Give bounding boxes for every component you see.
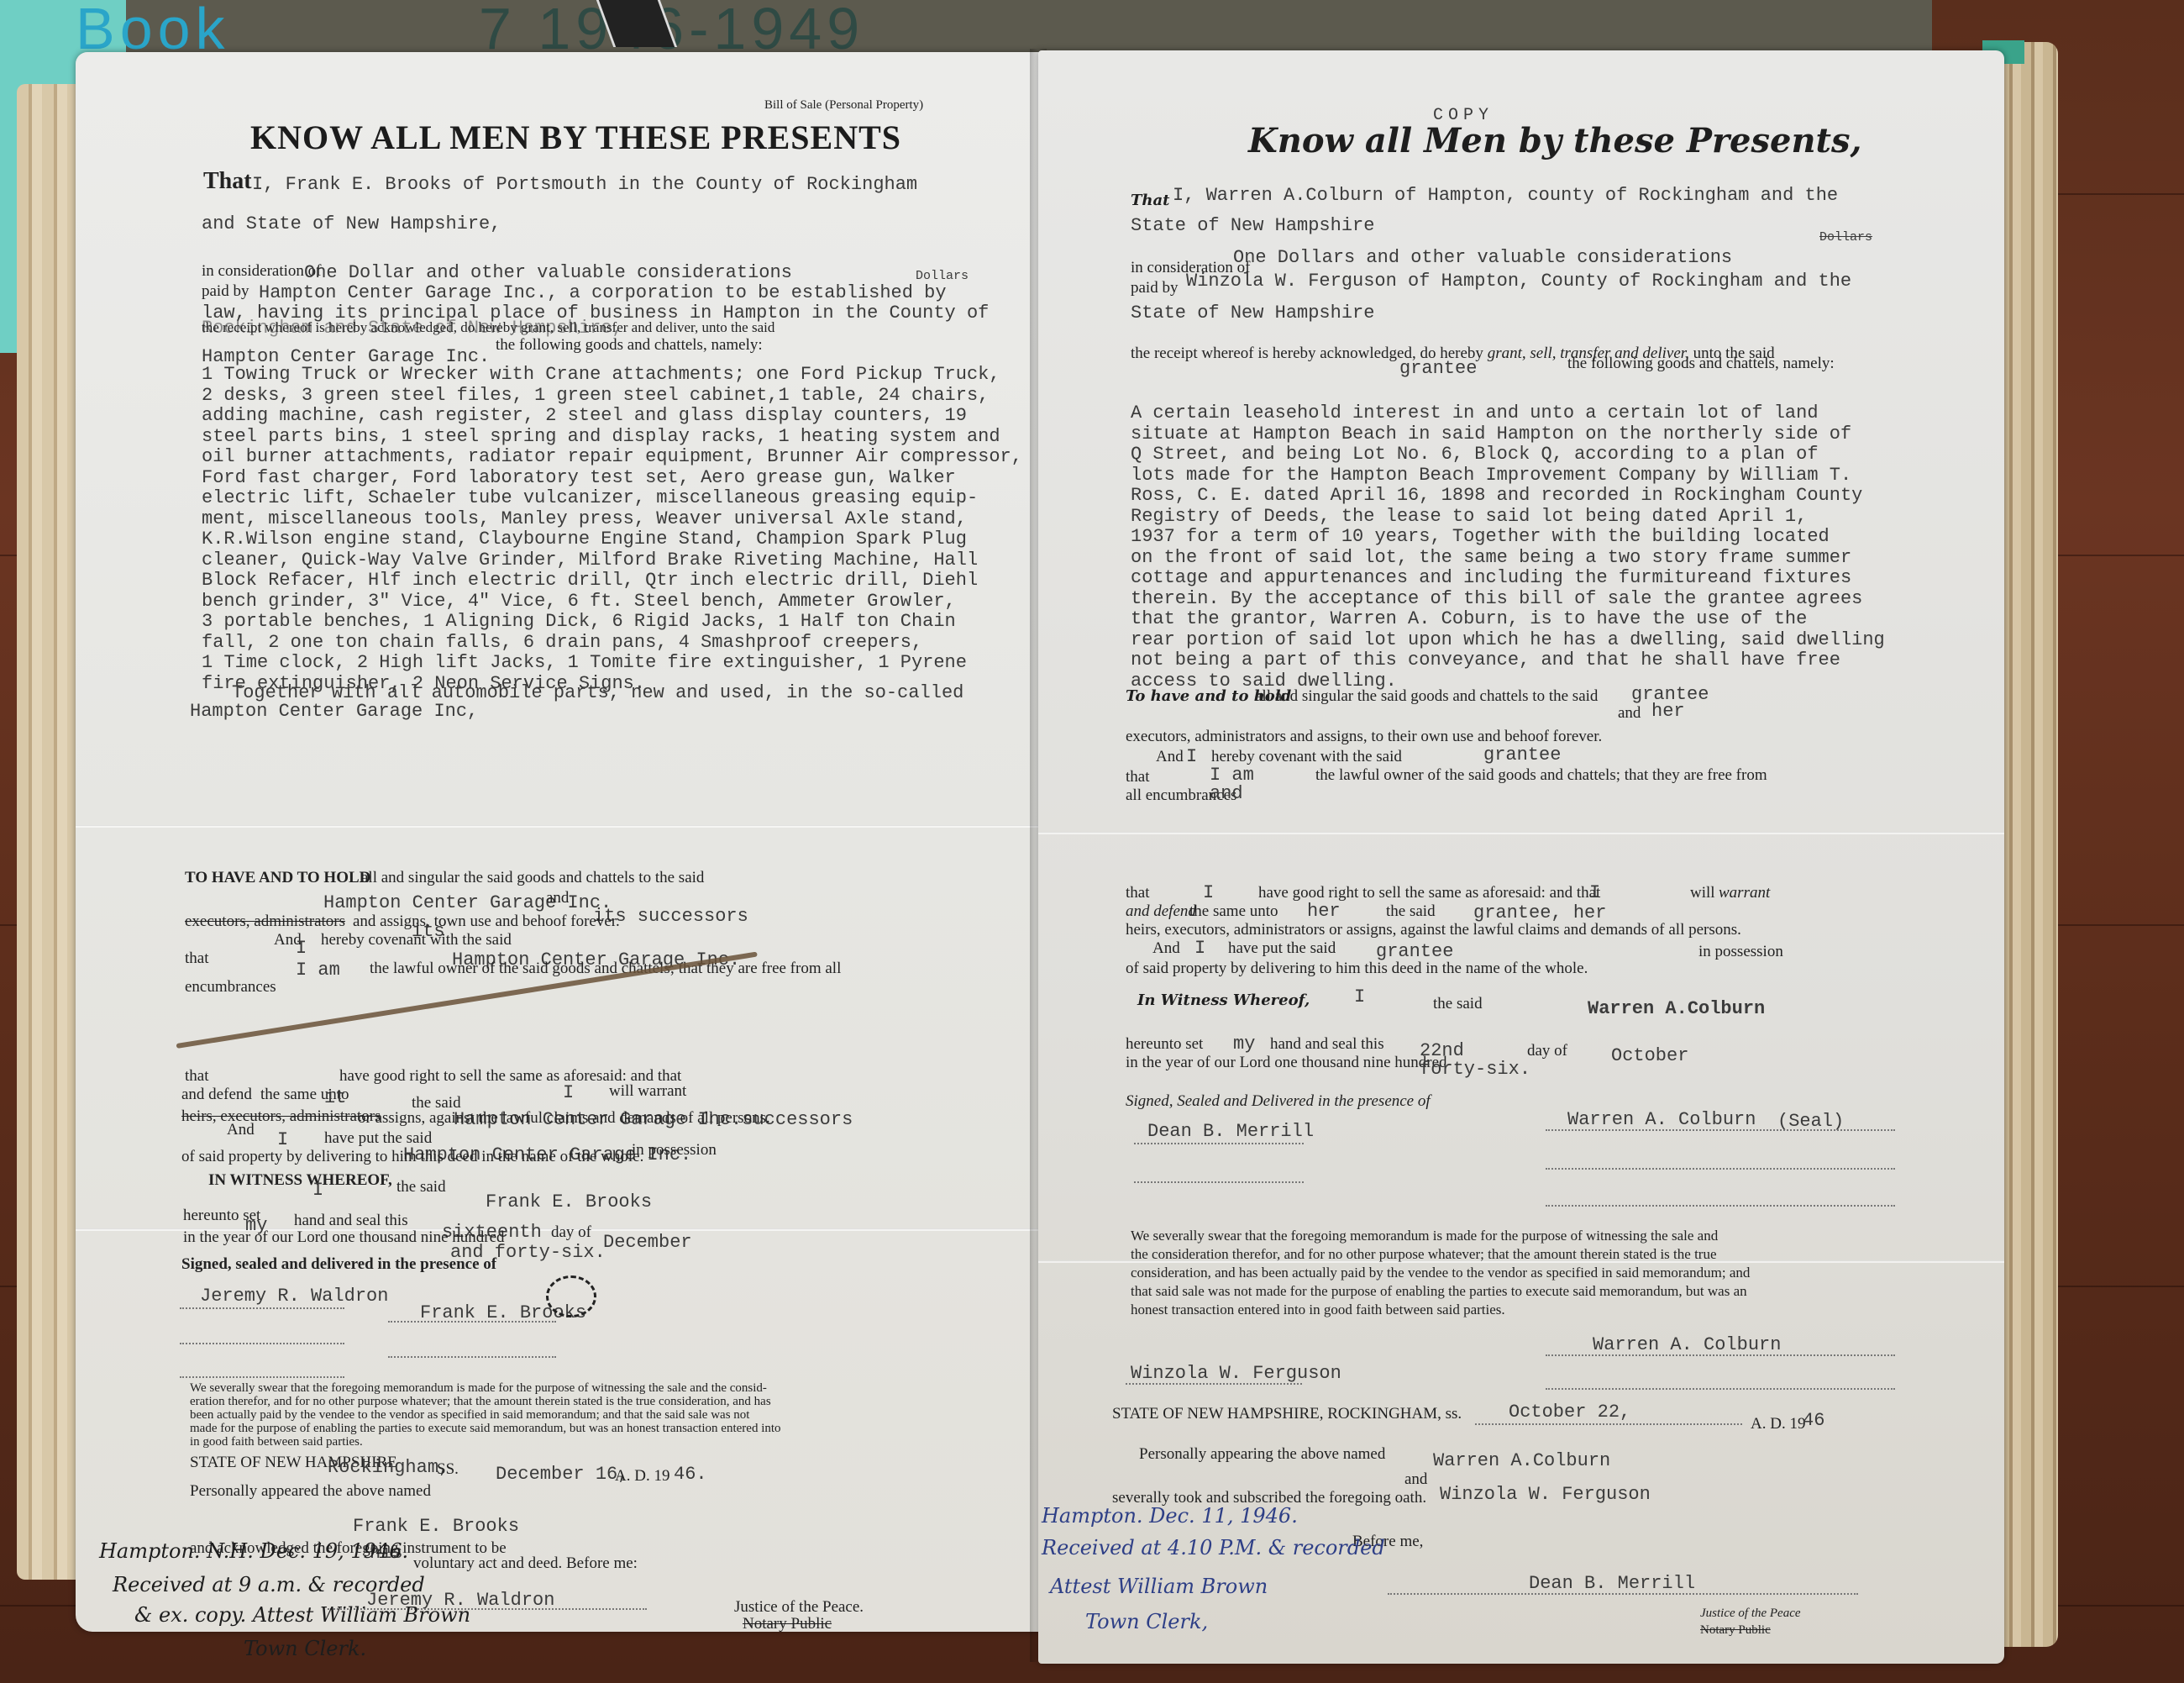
signature-line	[1388, 1593, 1858, 1595]
ack-date: October 22,	[1509, 1402, 1630, 1423]
that-label-2: that	[1126, 884, 1150, 902]
day-of-label: day of	[1527, 1042, 1567, 1060]
left-page-bill-of-sale: Bill of Sale (Personal Property) KNOW AL…	[76, 52, 1042, 1632]
signature-line	[1546, 1205, 1895, 1207]
signature-line	[388, 1321, 556, 1323]
covenant-text: hereby covenant with the said	[321, 931, 512, 949]
goods-text: A certain leasehold interest in and unto…	[1131, 403, 1885, 692]
habendum-text: all and singular the said goods and chat…	[1255, 687, 1598, 706]
witness-signature: Jeremy R. Waldron	[200, 1286, 388, 1307]
ack-county: Rockingham,	[328, 1457, 449, 1478]
grantor-line-1: I, Warren A.Colburn of Hampton, county o…	[1173, 185, 1838, 206]
owner-text: the lawful owner of the said goods and c…	[1315, 766, 1767, 785]
ack-and-label: and	[1404, 1470, 1427, 1489]
recording-note-line: Town Clerk,	[1085, 1610, 1208, 1633]
recording-note-line: Received at 9 a.m. & recorded	[113, 1573, 425, 1596]
grantor-line-2: and State of New Hampshire,	[202, 213, 501, 234]
ack-state: STATE OF NEW HAMPSHIRE, ROCKINGHAM, ss.	[1112, 1405, 1462, 1423]
officer-title: Justice of the Peace.	[734, 1598, 864, 1617]
hand-seal-text: hand and seal this	[1270, 1035, 1384, 1054]
ack-name: Frank E. Brooks	[353, 1516, 519, 1537]
ack-date: December 16,	[496, 1464, 628, 1485]
goods-label: the following goods and chattels, namely…	[496, 336, 763, 355]
and-label-3: And	[1152, 939, 1180, 958]
signature-line	[1546, 1388, 1895, 1390]
signature-line	[1134, 1181, 1304, 1183]
recording-note-line: Hampton. Dec. 11, 1946.	[1042, 1504, 1298, 1528]
put-text: have put the said	[1228, 939, 1336, 958]
delivery-text: of said property by delivering to him th…	[1126, 960, 1588, 978]
right-page-bill-of-sale: COPY Know all Men by these Presents, Tha…	[1038, 50, 2004, 1664]
signature-line	[1126, 1383, 1302, 1385]
witness-title: IN WITNESS WHEREOF,	[208, 1171, 392, 1190]
grantor-line-2: State of New Hampshire	[1131, 215, 1374, 236]
year-text: in the year of our Lord one thousand nin…	[1126, 1054, 1447, 1072]
signature-line	[180, 1307, 344, 1309]
that-label: that	[1126, 768, 1150, 786]
warrant-label: warrant	[1719, 884, 1770, 902]
recording-note-line: Town Clerk.	[244, 1637, 366, 1660]
possession-label: in possession	[632, 1141, 717, 1160]
warrantor: I	[563, 1082, 574, 1103]
ack-ss: SS.	[437, 1460, 459, 1479]
page-stack-right	[1999, 42, 2058, 1647]
dollars-struck: Dollars	[1819, 230, 1872, 245]
and-typed: and	[1210, 783, 1243, 804]
and-label-3: And	[227, 1121, 255, 1139]
signature-line	[180, 1343, 344, 1344]
encumbrances-label: encumbrances	[185, 978, 276, 997]
i-am-value: I am	[296, 960, 340, 981]
paid-by-value: Winzola W. Ferguson of Hampton, County o…	[1186, 271, 1851, 292]
covenantor: I	[296, 938, 307, 959]
signature-line	[388, 1356, 556, 1358]
witness-title: In Witness Whereof,	[1137, 991, 1310, 1009]
her-value: her	[1651, 701, 1685, 722]
dollars-label: Dollars	[916, 269, 969, 283]
delivery-text: of said property by delivering to him th…	[181, 1148, 643, 1166]
signature-line	[1546, 1129, 1895, 1131]
and-label-2: And	[1156, 748, 1184, 766]
habendum-text: all and singular the said goods and chat…	[361, 869, 704, 887]
grantee-value: grantee	[1399, 358, 1477, 379]
goods-label: the following goods and chattels, namely…	[1567, 355, 1835, 373]
witness-signature: Dean B. Merrill	[1147, 1121, 1314, 1142]
presence-text: Signed, Sealed and Delivered in the pres…	[1126, 1092, 1431, 1111]
recording-note-line: Attest William Brown	[1050, 1575, 1268, 1598]
recording-note-line: Received at 4.10 P.M. & recorded	[1042, 1536, 1385, 1559]
ack-year: 46	[1803, 1410, 1824, 1431]
struck-heirs-2: heirs, executors, administrators	[181, 1107, 381, 1126]
consideration-value: One Dollars and other valuable considera…	[1233, 247, 1732, 268]
paid-by-line-2: State of New Hampshire	[1131, 302, 1374, 323]
seal-icon	[546, 1275, 596, 1317]
warrant-label: will warrant	[609, 1082, 686, 1101]
her-value-2: her	[1307, 901, 1341, 922]
officer-title: Justice of the Peace	[1700, 1607, 1801, 1621]
it-value: it	[324, 1087, 346, 1108]
together-text-2: Hampton Center Garage Inc,	[190, 701, 478, 722]
witness-the-said: the said	[1433, 995, 1483, 1013]
ack-name-1: Warren A.Colburn	[1433, 1450, 1610, 1471]
warrantor-i-2: I	[1589, 882, 1600, 903]
that-label: that	[185, 949, 209, 968]
ack-year: 46.	[674, 1464, 707, 1485]
possession-label: in possession	[1698, 943, 1783, 961]
receipt-text: the receipt whereof is hereby acknowledg…	[202, 319, 774, 336]
oath-grantor-signature: Warren A. Colburn	[1593, 1334, 1781, 1355]
claims-text: or assigns, against the lawful claims an…	[358, 1109, 770, 1128]
possessor: I	[1194, 938, 1205, 959]
warrantor-i: I	[1203, 882, 1214, 903]
struck-officer-title: Notary Public	[743, 1615, 832, 1633]
own-use-text: own use and behoof forever.	[438, 913, 620, 931]
signature-line	[180, 1376, 344, 1378]
and-label: and	[546, 889, 569, 907]
covenant-text: hereby covenant with the said	[1211, 748, 1402, 766]
recording-note-line: Hampton. N.H. Dec. 19, 1946.	[99, 1539, 408, 1563]
goods-list: 1 Towing Truck or Wrecker with Crane att…	[202, 365, 1022, 694]
that-label: That	[1131, 192, 1169, 209]
ack-appeared-text: Personally appeared the above named	[190, 1482, 431, 1501]
heirs-text: executors, administrators and assigns, t…	[1126, 728, 1602, 746]
signature-line	[1134, 1143, 1304, 1144]
officer-signature: Dean B. Merrill	[1529, 1573, 1695, 1594]
witness-i: I	[312, 1180, 323, 1201]
paid-by-label: paid by	[202, 282, 249, 301]
month-value: December	[603, 1232, 692, 1253]
habendum-title: TO HAVE AND TO HOLD	[185, 869, 370, 887]
date-line	[1475, 1423, 1742, 1425]
defend-label: and defend	[181, 1086, 252, 1104]
consideration-value: One Dollar and other valuable considerat…	[304, 262, 792, 283]
form-label: Bill of Sale (Personal Property)	[764, 98, 923, 113]
oath-grantee-signature: Winzola W. Ferguson	[1131, 1363, 1341, 1384]
covenant-grantee: grantee	[1483, 744, 1561, 765]
paid-by-value: Hampton Center Garage Inc., a corporatio…	[259, 282, 947, 303]
and-label: and	[1618, 704, 1641, 723]
defend-label: and defend	[1126, 902, 1196, 921]
signature-line	[1546, 1168, 1895, 1170]
page-title: Know all Men by these Presents,	[1248, 121, 1861, 160]
struck-heirs: executors, administrators	[185, 913, 345, 931]
struck-officer-title: Notary Public	[1700, 1623, 1771, 1638]
right-text: have good right to sell the same as afor…	[1258, 884, 1600, 902]
recording-note-line: & ex. copy. Attest William Brown	[134, 1603, 470, 1627]
day-of-label: day of	[551, 1223, 591, 1242]
ack-deed-text: voluntary act and deed. Before me:	[413, 1554, 638, 1573]
ack-appearing-text: Personally appearing the above named	[1139, 1445, 1385, 1464]
ack-ad: A. D. 19	[615, 1467, 669, 1486]
grantor-signature: Warren A. Colburn	[1567, 1109, 1756, 1130]
oath-text: We severally swear that the foregoing me…	[190, 1381, 781, 1449]
claims-text: heirs, executors, administrators or assi…	[1126, 921, 1741, 939]
ack-ad: A. D. 19	[1751, 1415, 1805, 1433]
grantor-line-1: I, Frank E. Brooks of Portsmouth in the …	[252, 174, 917, 195]
hand-seal-text: hand and seal this	[294, 1212, 408, 1230]
oath-text: We severally swear that the foregoing me…	[1131, 1227, 1750, 1319]
set-text: hereunto set	[1126, 1035, 1203, 1054]
page-fold	[76, 825, 1042, 828]
month-value: October	[1611, 1045, 1688, 1066]
my-value: my	[1233, 1033, 1255, 1055]
witness-name: Warren A.Colburn	[1588, 998, 1765, 1019]
will-label: will	[1690, 884, 1715, 902]
page-title: KNOW ALL MEN BY THESE PRESENTS	[250, 118, 901, 157]
witness-name: Frank E. Brooks	[486, 1191, 652, 1212]
signature-line	[1546, 1354, 1895, 1356]
witness-i: I	[1354, 986, 1365, 1007]
witness-the-said: the said	[396, 1178, 446, 1197]
that-label: That	[203, 168, 252, 195]
that-label-2: that	[185, 1067, 209, 1086]
page-fold	[1038, 832, 2004, 834]
presence-text: Signed, sealed and delivered in the pres…	[181, 1255, 496, 1274]
the-said-label: the said	[1386, 902, 1436, 921]
year-value: forty-six.	[1420, 1059, 1530, 1080]
ack-name-2: Winzola W. Ferguson	[1440, 1484, 1651, 1505]
defend-text: the same unto	[1189, 902, 1278, 921]
covenantor: I	[1186, 746, 1197, 767]
paid-by-label: paid by	[1131, 279, 1178, 297]
